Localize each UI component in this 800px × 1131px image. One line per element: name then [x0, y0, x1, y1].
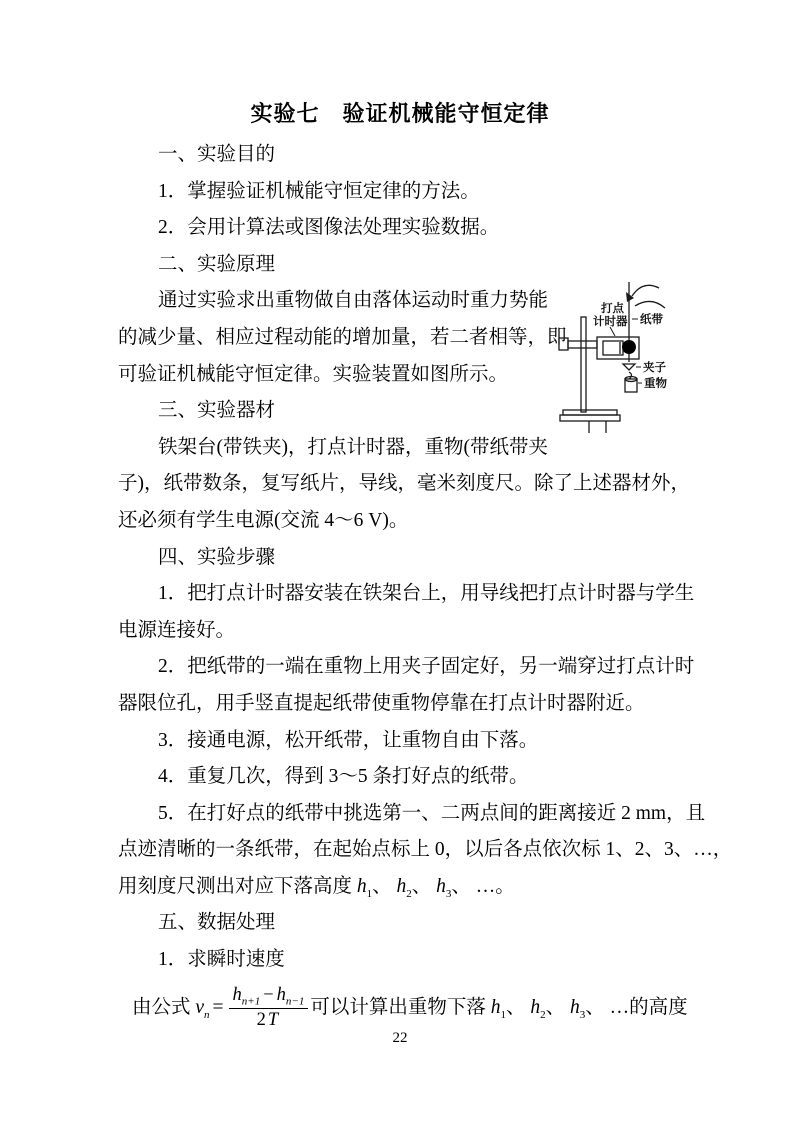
text-line: 还必须有学生电源(交流 4～6 V)。 — [118, 503, 688, 540]
text-line: 5．在打好点的纸带中挑选第一、二两点间的距离接近 2 mm，且 — [118, 796, 688, 833]
document-page: 实验七 验证机械能守恒定律 一、实验目的 1．掌握验证机械能守恒定律的方法。 2… — [0, 0, 800, 1131]
document-body: 一、实验目的 1．掌握验证机械能守恒定律的方法。 2．会用计算法或图像法处理实验… — [118, 137, 688, 1037]
clip-hook — [629, 372, 632, 379]
clamp-arm — [568, 341, 597, 348]
fraction-numerator: hn+1−hn−1 — [229, 984, 309, 1009]
text-line: 电源连接好。 — [118, 613, 688, 650]
weight-label: 重物 — [644, 376, 667, 390]
text-line: 2．会用计算法或图像法处理实验数据。 — [118, 210, 688, 247]
tape-label: 纸带 — [640, 312, 663, 326]
timer-leader-line — [610, 327, 615, 336]
math-h: h — [357, 876, 367, 897]
text-line: 点迹清晰的一条纸带，在起始点标上 0，以后各点依次标 1、2、3、…， — [118, 832, 688, 869]
hand-icon — [632, 285, 659, 296]
text-line: 1．把打点计时器安装在铁架台上，用导线把打点计时器与学生 — [118, 576, 688, 613]
text-line: 2．把纸带的一端在重物上用夹子固定好，另一端穿过打点计时 — [118, 649, 688, 686]
timer-label-line2: 计时器 — [593, 314, 628, 328]
timer-label-line1: 打点 — [600, 301, 624, 315]
text-line: 1．掌握验证机械能守恒定律的方法。 — [118, 174, 688, 211]
math-h: h — [491, 997, 501, 1018]
minus-sign: − — [263, 985, 273, 1005]
text-line: 1．求瞬时速度 — [118, 942, 688, 979]
text-line: 子)，纸带数条，复写纸片，导线，毫米刻度尺。除了上述器材外， — [118, 466, 688, 503]
stand-pole — [581, 317, 586, 412]
clip-shape — [623, 364, 635, 370]
math-h: h — [570, 997, 580, 1018]
hand-icon — [635, 301, 665, 308]
fraction-denominator: 2T — [229, 1009, 309, 1032]
fraction: hn+1−hn−12T — [229, 984, 309, 1032]
equals-sign: = — [213, 997, 224, 1018]
heading-experiment-purpose: 一、实验目的 — [118, 137, 688, 174]
heading-experiment-steps: 四、实验步骤 — [118, 540, 688, 577]
base-bottom — [560, 415, 620, 421]
base-top — [563, 410, 617, 415]
text-line: 器限位孔，用手竖直提起纸带使重物停靠在打点计时器附近。 — [118, 686, 688, 723]
page-number: 22 — [0, 1030, 800, 1047]
page-title: 实验七 验证机械能守恒定律 — [0, 97, 800, 128]
hand-pinch — [626, 292, 634, 302]
timer-wheel — [622, 340, 636, 354]
apparatus-diagram: 打点 计时器 纸带 夹子 重物 — [553, 276, 705, 458]
math-h: h — [397, 876, 407, 897]
text-line: 4．重复几次，得到 3～5 条打好点的纸带。 — [118, 759, 688, 796]
text-line-with-math: 用刻度尺测出对应下落高度 h1、 h2、 h3、 …。 — [118, 869, 688, 906]
clip-label: 夹子 — [643, 360, 666, 374]
velocity-formula-line: 由公式 vn=hn+1−hn−12T可以计算出重物下落 h1、 h2、 h3、 … — [118, 979, 688, 1037]
math-h: h — [436, 876, 446, 897]
apparatus-figure: 打点 计时器 纸带 夹子 重物 — [553, 276, 705, 458]
heading-data-processing: 五、数据处理 — [118, 905, 688, 942]
clamp-knob — [559, 338, 568, 350]
math-v: v — [195, 997, 204, 1018]
math-h: h — [530, 997, 540, 1018]
text-line: 3．接通电源，松开纸带，让重物自由下落。 — [118, 723, 688, 760]
